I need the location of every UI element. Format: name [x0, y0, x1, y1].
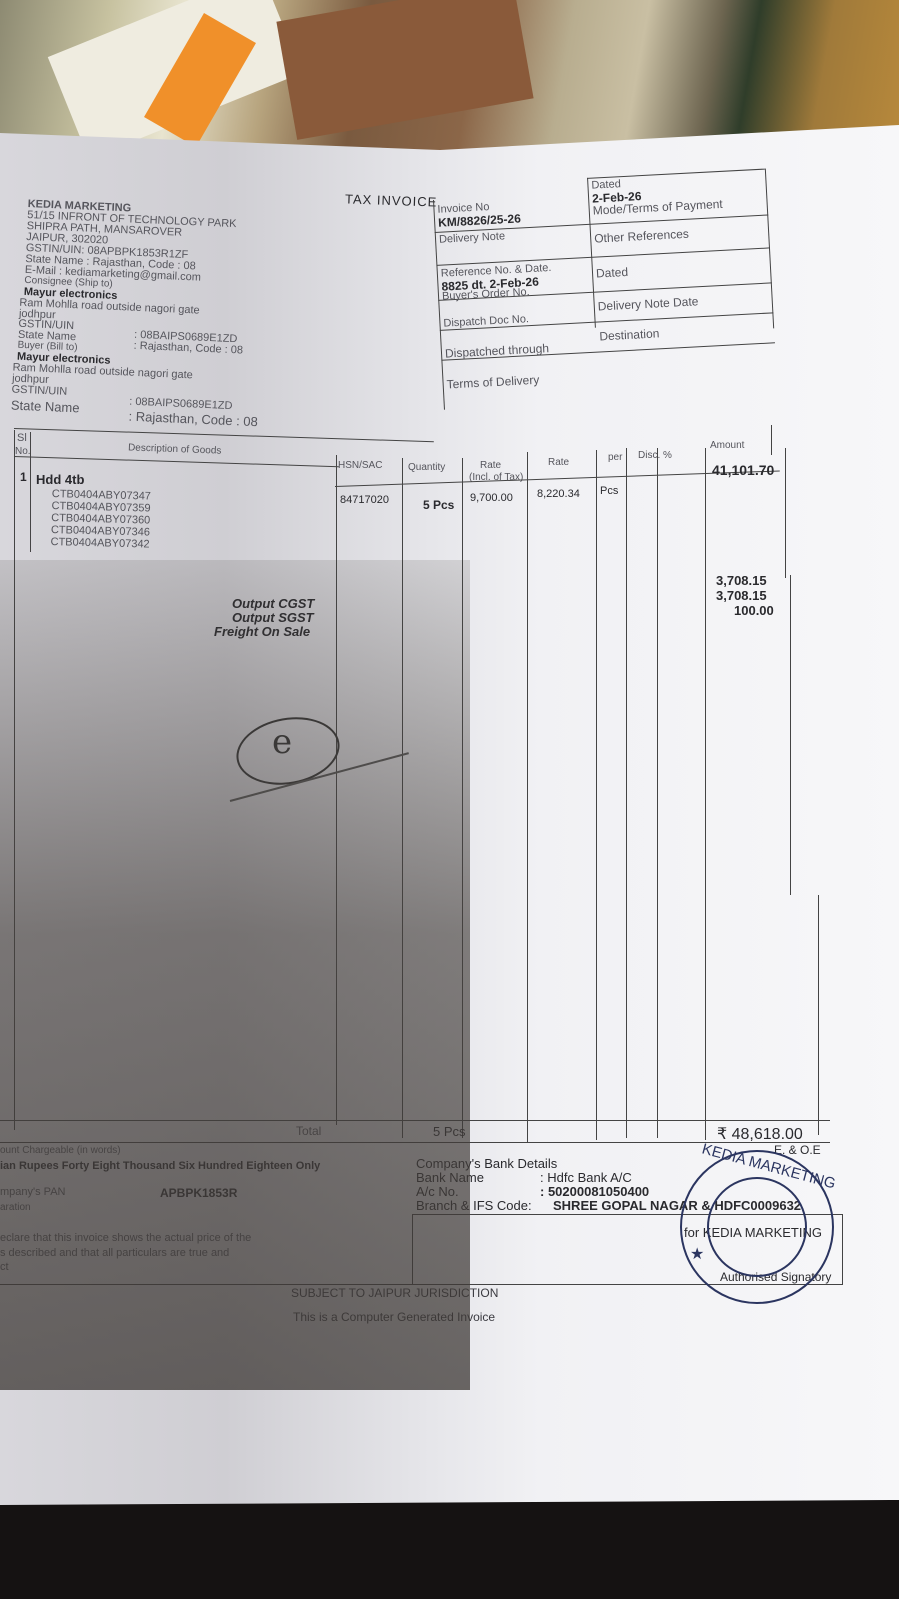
invoice-title: TAX INVOICE — [345, 191, 438, 209]
serial-number: CTB0404ABY07342 — [50, 536, 149, 551]
item-per: Pcs — [600, 485, 618, 497]
terms-of-delivery-label: Terms of Delivery — [446, 373, 539, 392]
charge-amount-freight: 100.00 — [734, 603, 774, 618]
dated2-label: Dated — [596, 265, 629, 281]
dispatch-doc-label: Dispatch Doc No. — [443, 313, 529, 329]
item-rate-incl: 9,700.00 — [470, 492, 513, 504]
item-hsn: 84717020 — [340, 494, 389, 506]
amount-header: Amount — [710, 440, 744, 451]
quantity-header: Quantity — [408, 462, 445, 473]
buyer-state: : Rajasthan, Code : 08 — [128, 409, 258, 430]
rate-header: Rate — [548, 457, 569, 468]
delivery-note-label: Delivery Note — [439, 230, 506, 245]
delivery-note-date-label: Delivery Note Date — [597, 294, 698, 313]
rate-incl-header: Rate — [480, 460, 501, 471]
description-header: Description of Goods — [128, 442, 222, 456]
other-references-label: Other References — [594, 227, 689, 246]
item-amount: 41,101.70 — [712, 462, 774, 478]
charge-amount-sgst: 3,708.15 — [716, 588, 767, 603]
buyer-gstin-label: GSTIN/UIN — [11, 383, 67, 397]
buyer-state-label: State Name — [11, 397, 80, 415]
bank-name: : Hdfc Bank A/C — [540, 1170, 632, 1185]
photo-shadow — [0, 560, 470, 1390]
invoice-no: KM/8826/25-26 — [438, 211, 521, 229]
per-header: per — [608, 452, 622, 463]
company-stamp: KEDIA MARKETING ★ — [680, 1150, 834, 1304]
star-icon: ★ — [690, 1244, 704, 1264]
disc-header: Disc. % — [638, 450, 672, 461]
item-description: Hdd 4tb — [36, 472, 84, 487]
destination-label: Destination — [599, 326, 660, 343]
item-sl: 1 — [20, 470, 27, 484]
account-number: : 50200081050400 — [540, 1184, 649, 1199]
charge-amount-cgst: 3,708.15 — [716, 573, 767, 588]
item-rate: 8,220.34 — [537, 488, 580, 500]
stamp-inner-ring — [707, 1177, 807, 1277]
dispatched-through-label: Dispatched through — [445, 341, 550, 360]
item-quantity: 5 Pcs — [423, 498, 454, 512]
invoice-meta-block: Invoice No KM/8826/25-26 Dated 2-Feb-26 … — [433, 182, 789, 410]
hsn-header: HSN/SAC — [338, 460, 382, 471]
total-amount: ₹ 48,618.00 — [717, 1124, 803, 1144]
sl-header: Sl — [17, 432, 27, 444]
